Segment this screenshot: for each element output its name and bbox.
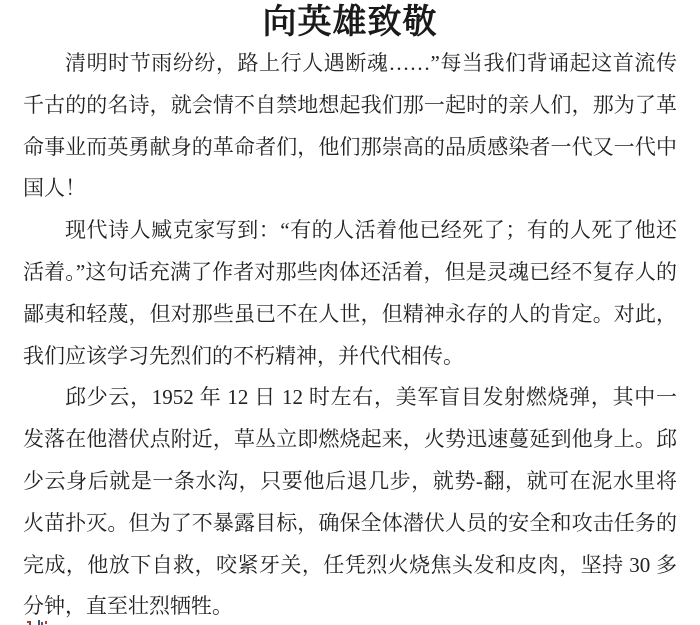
document-page[interactable]: 向英雄致敬 清明时节雨纷纷，路上行人遇断魂……”每当我们背诵起这首流传千古的的名… [0,0,700,625]
paragraph-1: 清明时节雨纷纷，路上行人遇断魂……”每当我们背诵起这首流传千古的的名诗，就会情不… [23,43,677,210]
paragraph-3: 邱少云，1952 年 12 日 12 时左右，美军盲目发射燃烧弹，其中一发落在他… [23,377,677,625]
document-body: 清明时节雨纷纷，路上行人遇断魂……”每当我们背诵起这首流传千古的的名诗，就会情不… [23,43,677,625]
document-title: 向英雄致敬 [0,0,700,43]
cutoff-icon-fragment [26,616,48,625]
paragraph-2: 现代诗人臧克家写到：“有的人活着他已经死了；有的人死了他还活着。”这句话充满了作… [23,210,677,377]
